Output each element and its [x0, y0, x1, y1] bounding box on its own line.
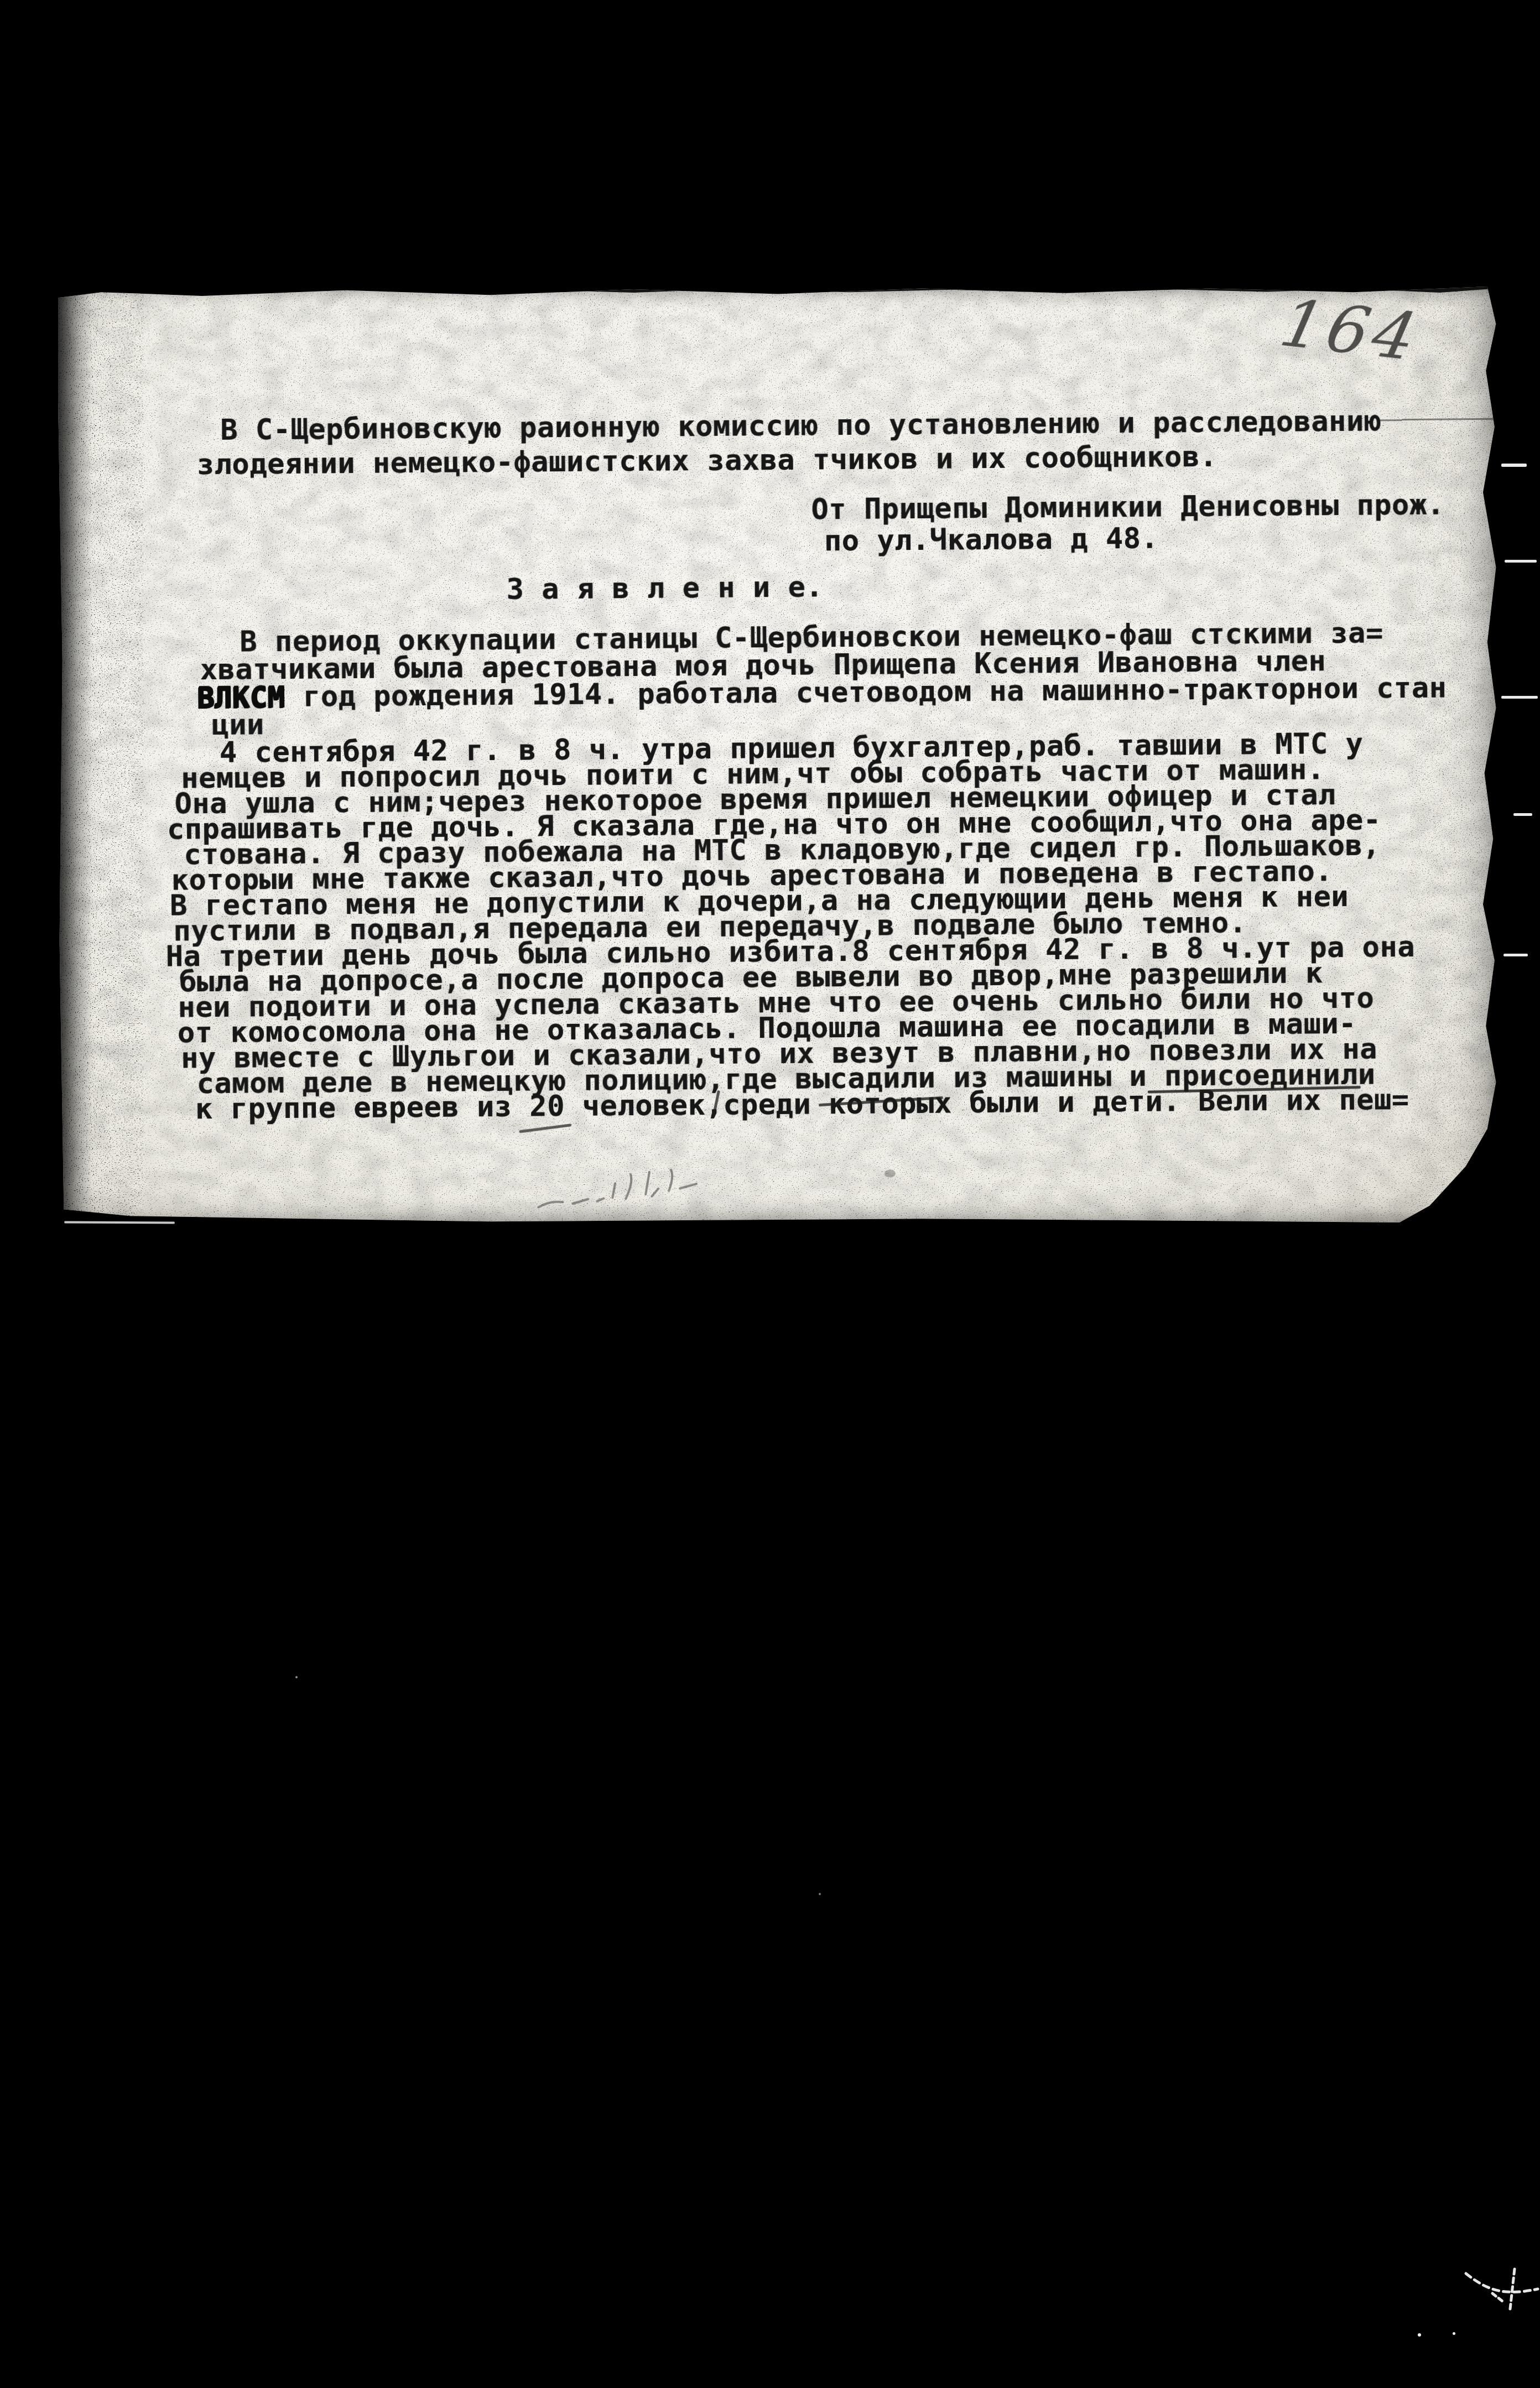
scan-artifact-sliver	[64, 1221, 175, 1224]
typed-underscore-artifact	[1380, 418, 1529, 422]
scan-artifact-dot	[295, 1676, 298, 1678]
scan-artifact-dash	[1503, 954, 1528, 956]
statement-title: З а я в л е н и е.	[506, 570, 823, 606]
scan-artifact-dot	[1418, 2333, 1421, 2337]
scan-artifact-dash	[1505, 560, 1537, 563]
typewritten-text: 164 В С-Щербиновскую раионную комиссию п…	[54, 281, 1501, 1228]
pencil-scribble	[532, 1157, 908, 1220]
scan-artifact-dot	[1453, 2332, 1455, 2335]
header-line: злодеянии немецко-фашистских захва тчико…	[197, 440, 1218, 481]
scan-artifact-squiggle	[1461, 2266, 1540, 2316]
scan-artifact-dash	[1513, 813, 1532, 816]
scan-artifact-dash	[1501, 464, 1527, 467]
document-paper: 164 В С-Щербиновскую раионную комиссию п…	[58, 287, 1497, 1222]
archival-scan: 164 В С-Щербиновскую раионную комиссию п…	[0, 0, 1540, 2388]
scan-artifact-dash	[1501, 696, 1538, 699]
pen-dash-mark	[519, 1123, 571, 1133]
handwritten-page-number: 164	[1274, 285, 1428, 376]
from-line: От Прищепы Доминикии Денисовны прож.	[811, 488, 1444, 527]
from-line: по ул.Чкалова д 48.	[824, 522, 1159, 558]
scan-artifact-dot	[819, 1893, 821, 1895]
